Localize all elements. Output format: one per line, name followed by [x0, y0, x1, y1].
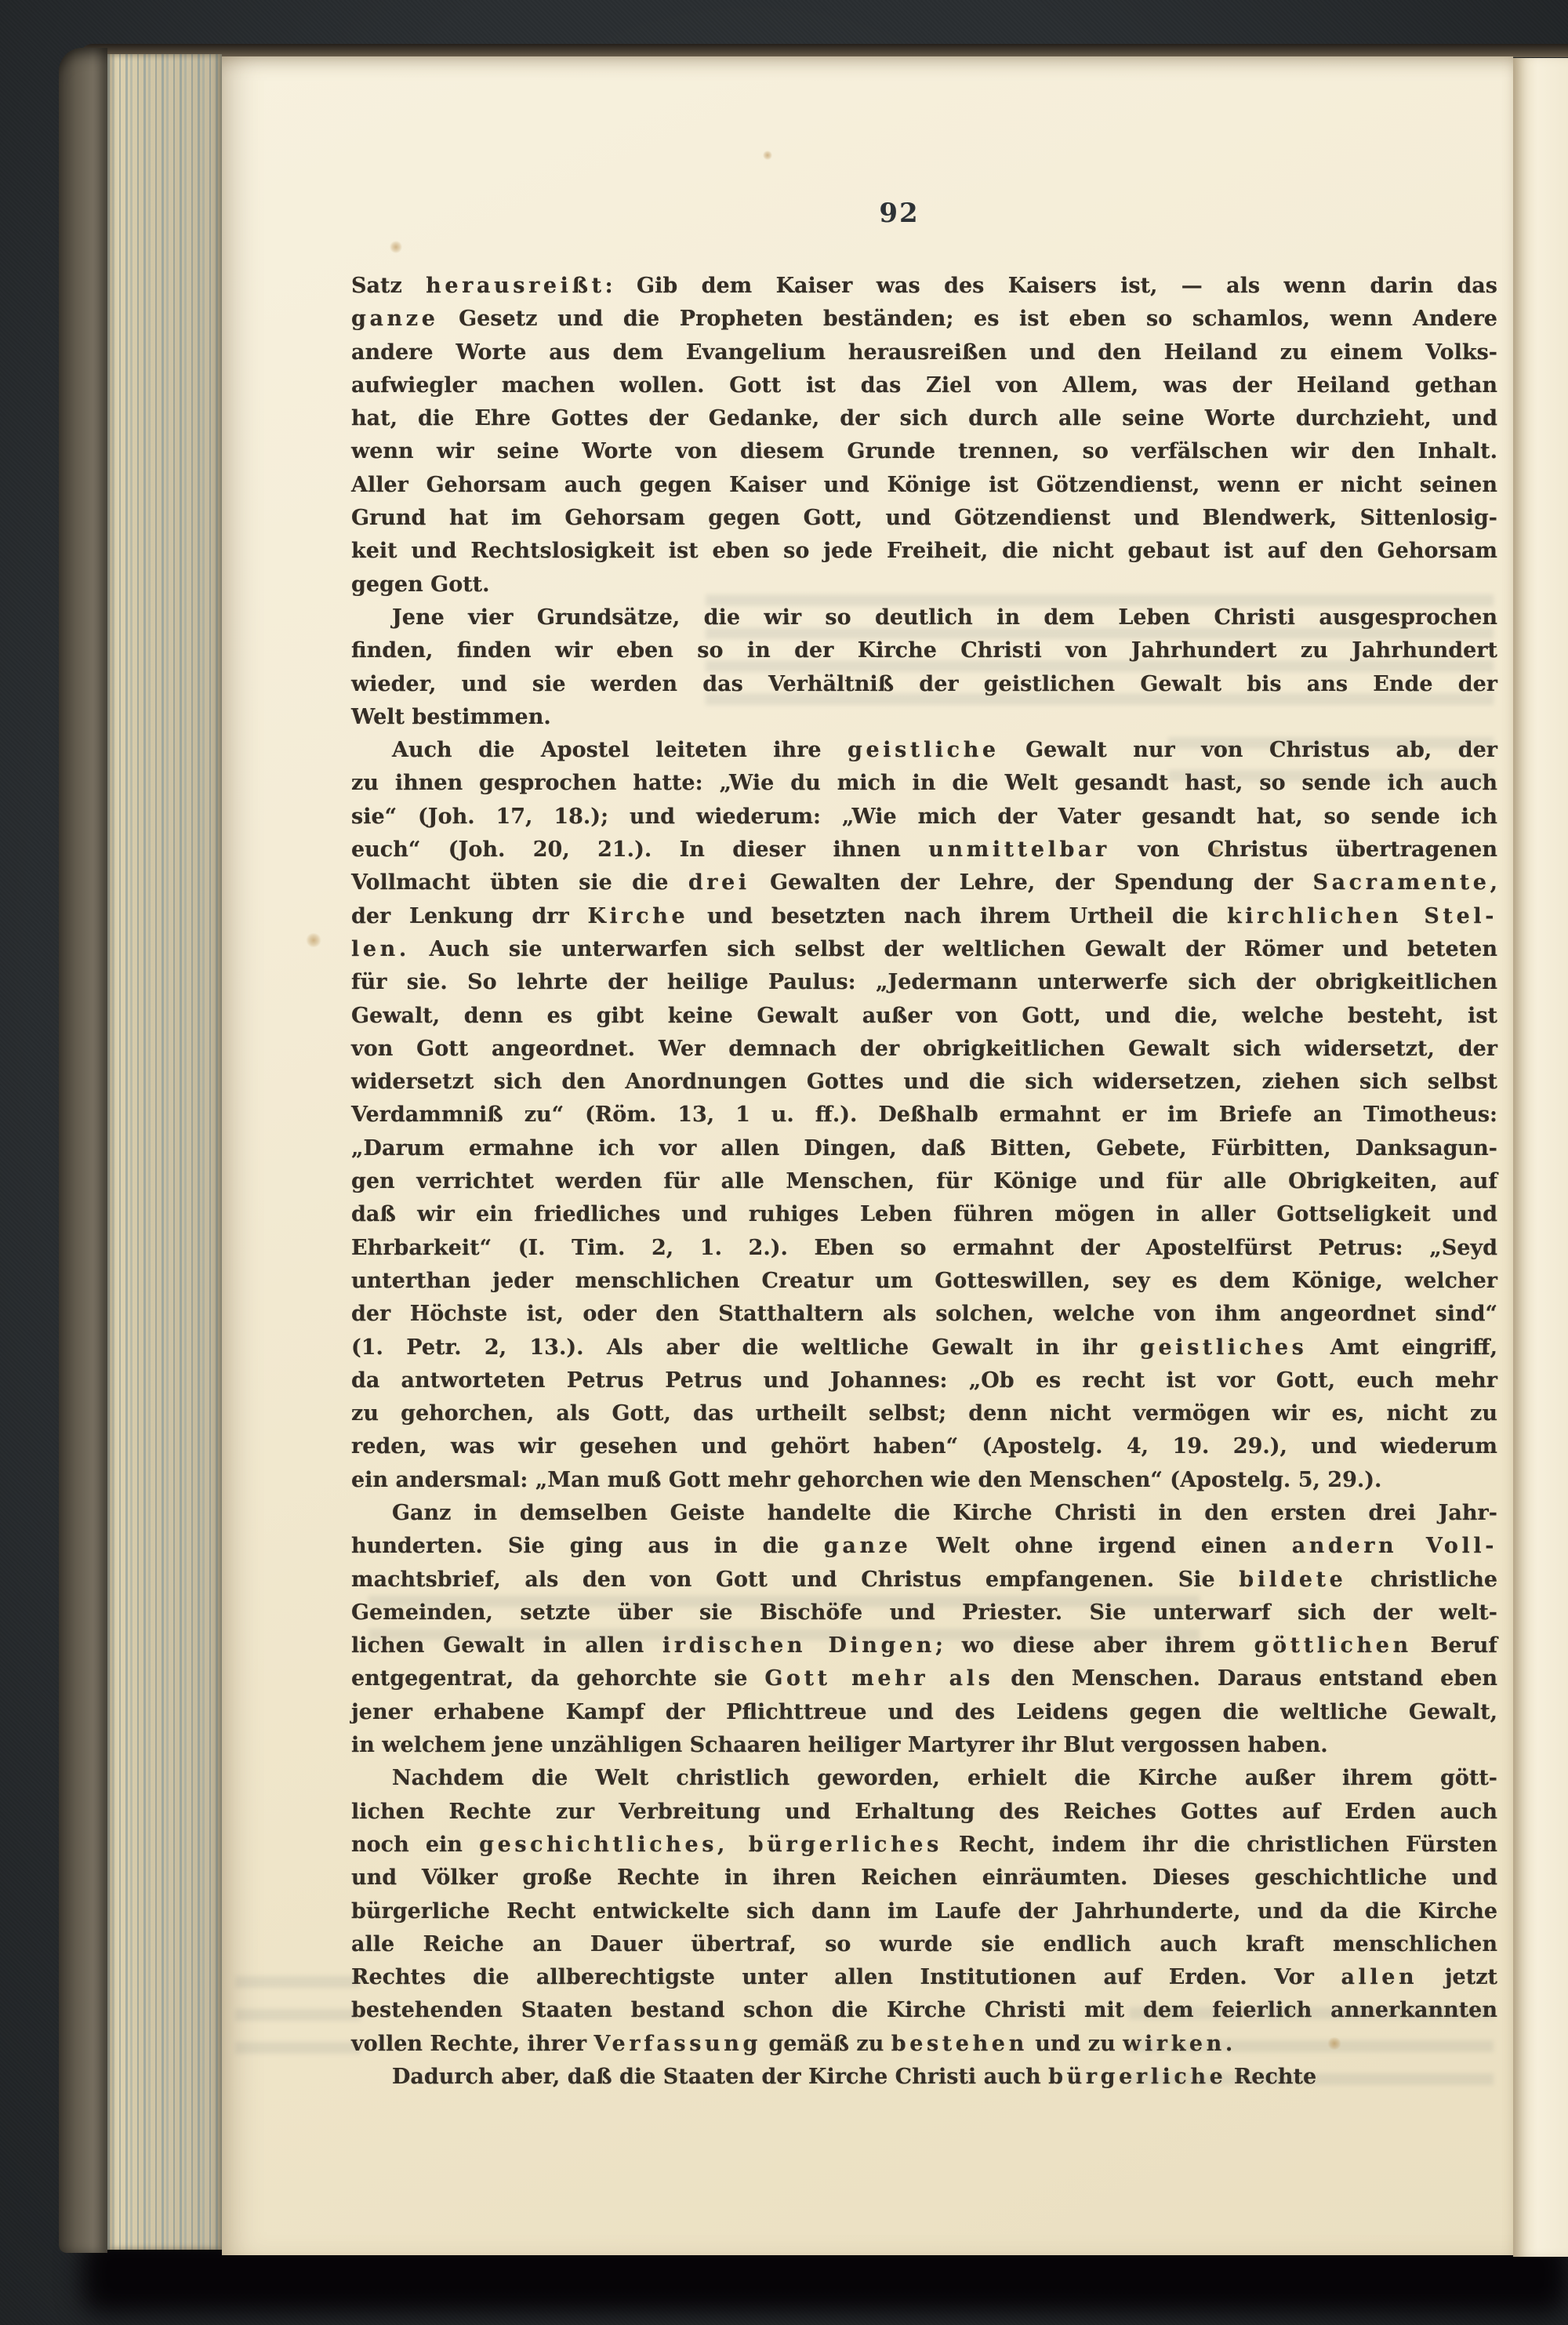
text-line: ganze Gesetz und die Propheten beständen… [351, 303, 1497, 336]
emphasized-text: geistliche [848, 738, 1000, 762]
text-line: (1. Petr. 2, 13.). Als aber die weltlich… [351, 1331, 1497, 1364]
paragraph: Auch die Apostel leiteten ihre geistlich… [351, 734, 1497, 1497]
text-line: der Lenkung drr Kirche und besetzten nac… [351, 900, 1497, 933]
text-line: lichen Rechte zur Verbreitung und Erhalt… [351, 1796, 1497, 1829]
text-line: bestehenden Staaten bestand schon die Ki… [351, 1994, 1497, 2027]
emphasized-text: andern Voll- [1292, 1534, 1497, 1558]
text-line: unterthan jeder menschlichen Creatur um … [351, 1265, 1497, 1298]
text-line: jener erhabene Kampf der Pflichttreue un… [351, 1696, 1497, 1729]
text-line: gegen Gott. [351, 569, 1497, 601]
text-line: ein andersmal: „Man muß Gott mehr gehorc… [351, 1464, 1497, 1497]
emphasized-text: Verfassung [593, 2032, 760, 2056]
emphasized-text: bildete [1239, 1568, 1346, 1592]
paragraph: Ganz in demselben Geiste handelte die Ki… [351, 1497, 1497, 1762]
emphasized-text: kirchlichen Stel- [1227, 904, 1497, 928]
foxing-spot [390, 241, 402, 253]
bleedthrough-smudge [235, 1976, 361, 2054]
emphasized-text: herausreißt [426, 274, 605, 298]
book-top-rim [81, 44, 1568, 57]
emphasized-text: unmittelbar [928, 837, 1110, 862]
text-line: vollen Rechte, ihrer Verfassung gemäß zu… [351, 2028, 1497, 2061]
text-line: euch“ (Joh. 20, 21.). In dieser ihnen un… [351, 834, 1497, 866]
text-line: entgegentrat, da gehorchte sie Gott mehr… [351, 1662, 1497, 1695]
text-line: Dadurch aber, daß die Staaten der Kirche… [351, 2061, 1497, 2094]
emphasized-text: irdischen Dingen [662, 1633, 935, 1658]
emphasized-text: len. [351, 937, 410, 961]
text-line: andere Worte aus dem Evangelium herausre… [351, 336, 1497, 369]
text-line: Vollmacht übten sie die drei Gewalten de… [351, 866, 1497, 899]
text-line: alle Reiche an Dauer übertraf, so wurde … [351, 1928, 1497, 1961]
book-page: 92 Satz herausreißt: Gib dem Kaiser was … [222, 56, 1513, 2255]
emphasized-text: ganze [824, 1534, 911, 1558]
text-line: Welt bestimmen. [351, 701, 1497, 734]
text-line: aufwiegler machen wollen. Gott ist das Z… [351, 369, 1497, 402]
text-line: Verdammniß zu“ (Röm. 13, 1 u. ff.). Deßh… [351, 1099, 1497, 1132]
text-line: Auch die Apostel leiteten ihre geistlich… [351, 734, 1497, 767]
emphasized-text: bestehen [891, 2032, 1028, 2056]
text-line: Satz herausreißt: Gib dem Kaiser was des… [351, 270, 1497, 303]
text-line: gen verrichtet werden für alle Menschen,… [351, 1165, 1497, 1198]
adjacent-page-edge [1513, 58, 1568, 2257]
emphasized-text: geschichtliches, bürgerliches [479, 1833, 942, 1857]
text-line: Grund hat im Gehorsam gegen Gott, und Gö… [351, 502, 1497, 535]
emphasized-text: ganze [351, 307, 438, 331]
text-line: in welchem jene unzähligen Schaaren heil… [351, 1729, 1497, 1762]
text-line: Gewalt, denn es gibt keine Gewalt außer … [351, 1000, 1497, 1033]
page-number: 92 [813, 198, 985, 229]
text-line: keit und Rechtslosigkeit ist eben so jed… [351, 535, 1497, 568]
text-line: wieder, und sie werden das Verhältniß de… [351, 668, 1497, 701]
text-line: Aller Gehorsam auch gegen Kaiser und Kön… [351, 469, 1497, 502]
text-line: der Höchste ist, oder den Statthaltern a… [351, 1298, 1497, 1331]
foxing-spot [306, 933, 321, 947]
paragraph: Nachdem die Welt christlich geworden, er… [351, 1762, 1497, 2061]
paragraph: Dadurch aber, daß die Staaten der Kirche… [351, 2061, 1497, 2094]
text-line: und Völker große Rechte in ihren Reichen… [351, 1862, 1497, 1895]
text-line: Ganz in demselben Geiste handelte die Ki… [351, 1497, 1497, 1530]
text-block: Satz herausreißt: Gib dem Kaiser was des… [351, 270, 1497, 2094]
emphasized-text: Gott mehr als [764, 1666, 993, 1691]
text-line: da antworteten Petrus Petrus und Johanne… [351, 1364, 1497, 1397]
emphasized-text: Kirche [587, 904, 688, 928]
text-line: Nachdem die Welt christlich geworden, er… [351, 1762, 1497, 1795]
text-line: bürgerliche Recht entwickelte sich dann … [351, 1895, 1497, 1928]
emphasized-text: bürgerliche [1048, 2065, 1226, 2089]
emphasized-text: drei [688, 870, 750, 895]
text-line: sie“ (Joh. 17, 18.); und wiederum: „Wie … [351, 801, 1497, 834]
emphasized-text: Sacramente [1313, 870, 1490, 895]
text-line: daß wir ein friedliches und ruhiges Lebe… [351, 1198, 1497, 1231]
text-line: widersetzt sich den Anordnungen Gottes u… [351, 1066, 1497, 1099]
text-line: Jene vier Grundsätze, die wir so deutlic… [351, 601, 1497, 634]
emphasized-text: göttlichen [1254, 1633, 1412, 1658]
text-line: lichen Gewalt in allen irdischen Dingen;… [351, 1629, 1497, 1662]
text-line: zu gehorchen, als Gott, das urtheilt sel… [351, 1397, 1497, 1430]
emphasized-text: wirken [1123, 2032, 1225, 2056]
text-line: machtsbrief, als den von Gott und Christ… [351, 1564, 1497, 1597]
emphasized-text: geistliches [1140, 1335, 1307, 1360]
page-edge-stack [107, 54, 222, 2250]
text-line: hunderten. Sie ging aus in die ganze Wel… [351, 1530, 1497, 1563]
text-line: für sie. So lehrte der heilige Paulus: „… [351, 966, 1497, 999]
text-line: hat, die Ehre Gottes der Gedanke, der si… [351, 402, 1497, 435]
text-line: Rechtes die allberechtigste unter allen … [351, 1961, 1497, 1994]
book: 92 Satz herausreißt: Gib dem Kaiser was … [59, 44, 1568, 2257]
text-line: reden, was wir gesehen und gehört haben“… [351, 1430, 1497, 1463]
text-line: finden, finden wir eben so in der Kirche… [351, 634, 1497, 667]
emphasized-text: allen [1341, 1965, 1417, 1989]
text-line: von Gott angeordnet. Wer demnach der obr… [351, 1033, 1497, 1066]
paragraph: Satz herausreißt: Gib dem Kaiser was des… [351, 270, 1497, 601]
text-line: len. Auch sie unterwarfen sich selbst de… [351, 933, 1497, 966]
text-line: wenn wir seine Worte von diesem Grunde t… [351, 435, 1497, 468]
text-line: Ehrbarkeit“ (I. Tim. 2, 1. 2.). Eben so … [351, 1232, 1497, 1265]
text-line: noch ein geschichtliches, bürgerliches R… [351, 1829, 1497, 1862]
book-cover-edge [59, 48, 107, 2253]
text-line: zu ihnen gesprochen hatte: „Wie du mich … [351, 767, 1497, 800]
foxing-spot [763, 151, 772, 160]
book-photo: 92 Satz herausreißt: Gib dem Kaiser was … [0, 0, 1568, 2325]
paragraph: Jene vier Grundsätze, die wir so deutlic… [351, 601, 1497, 734]
text-line: „Darum ermahne ich vor allen Dingen, daß… [351, 1132, 1497, 1165]
text-line: Gemeinden, setzte über sie Bischöfe und … [351, 1597, 1497, 1629]
